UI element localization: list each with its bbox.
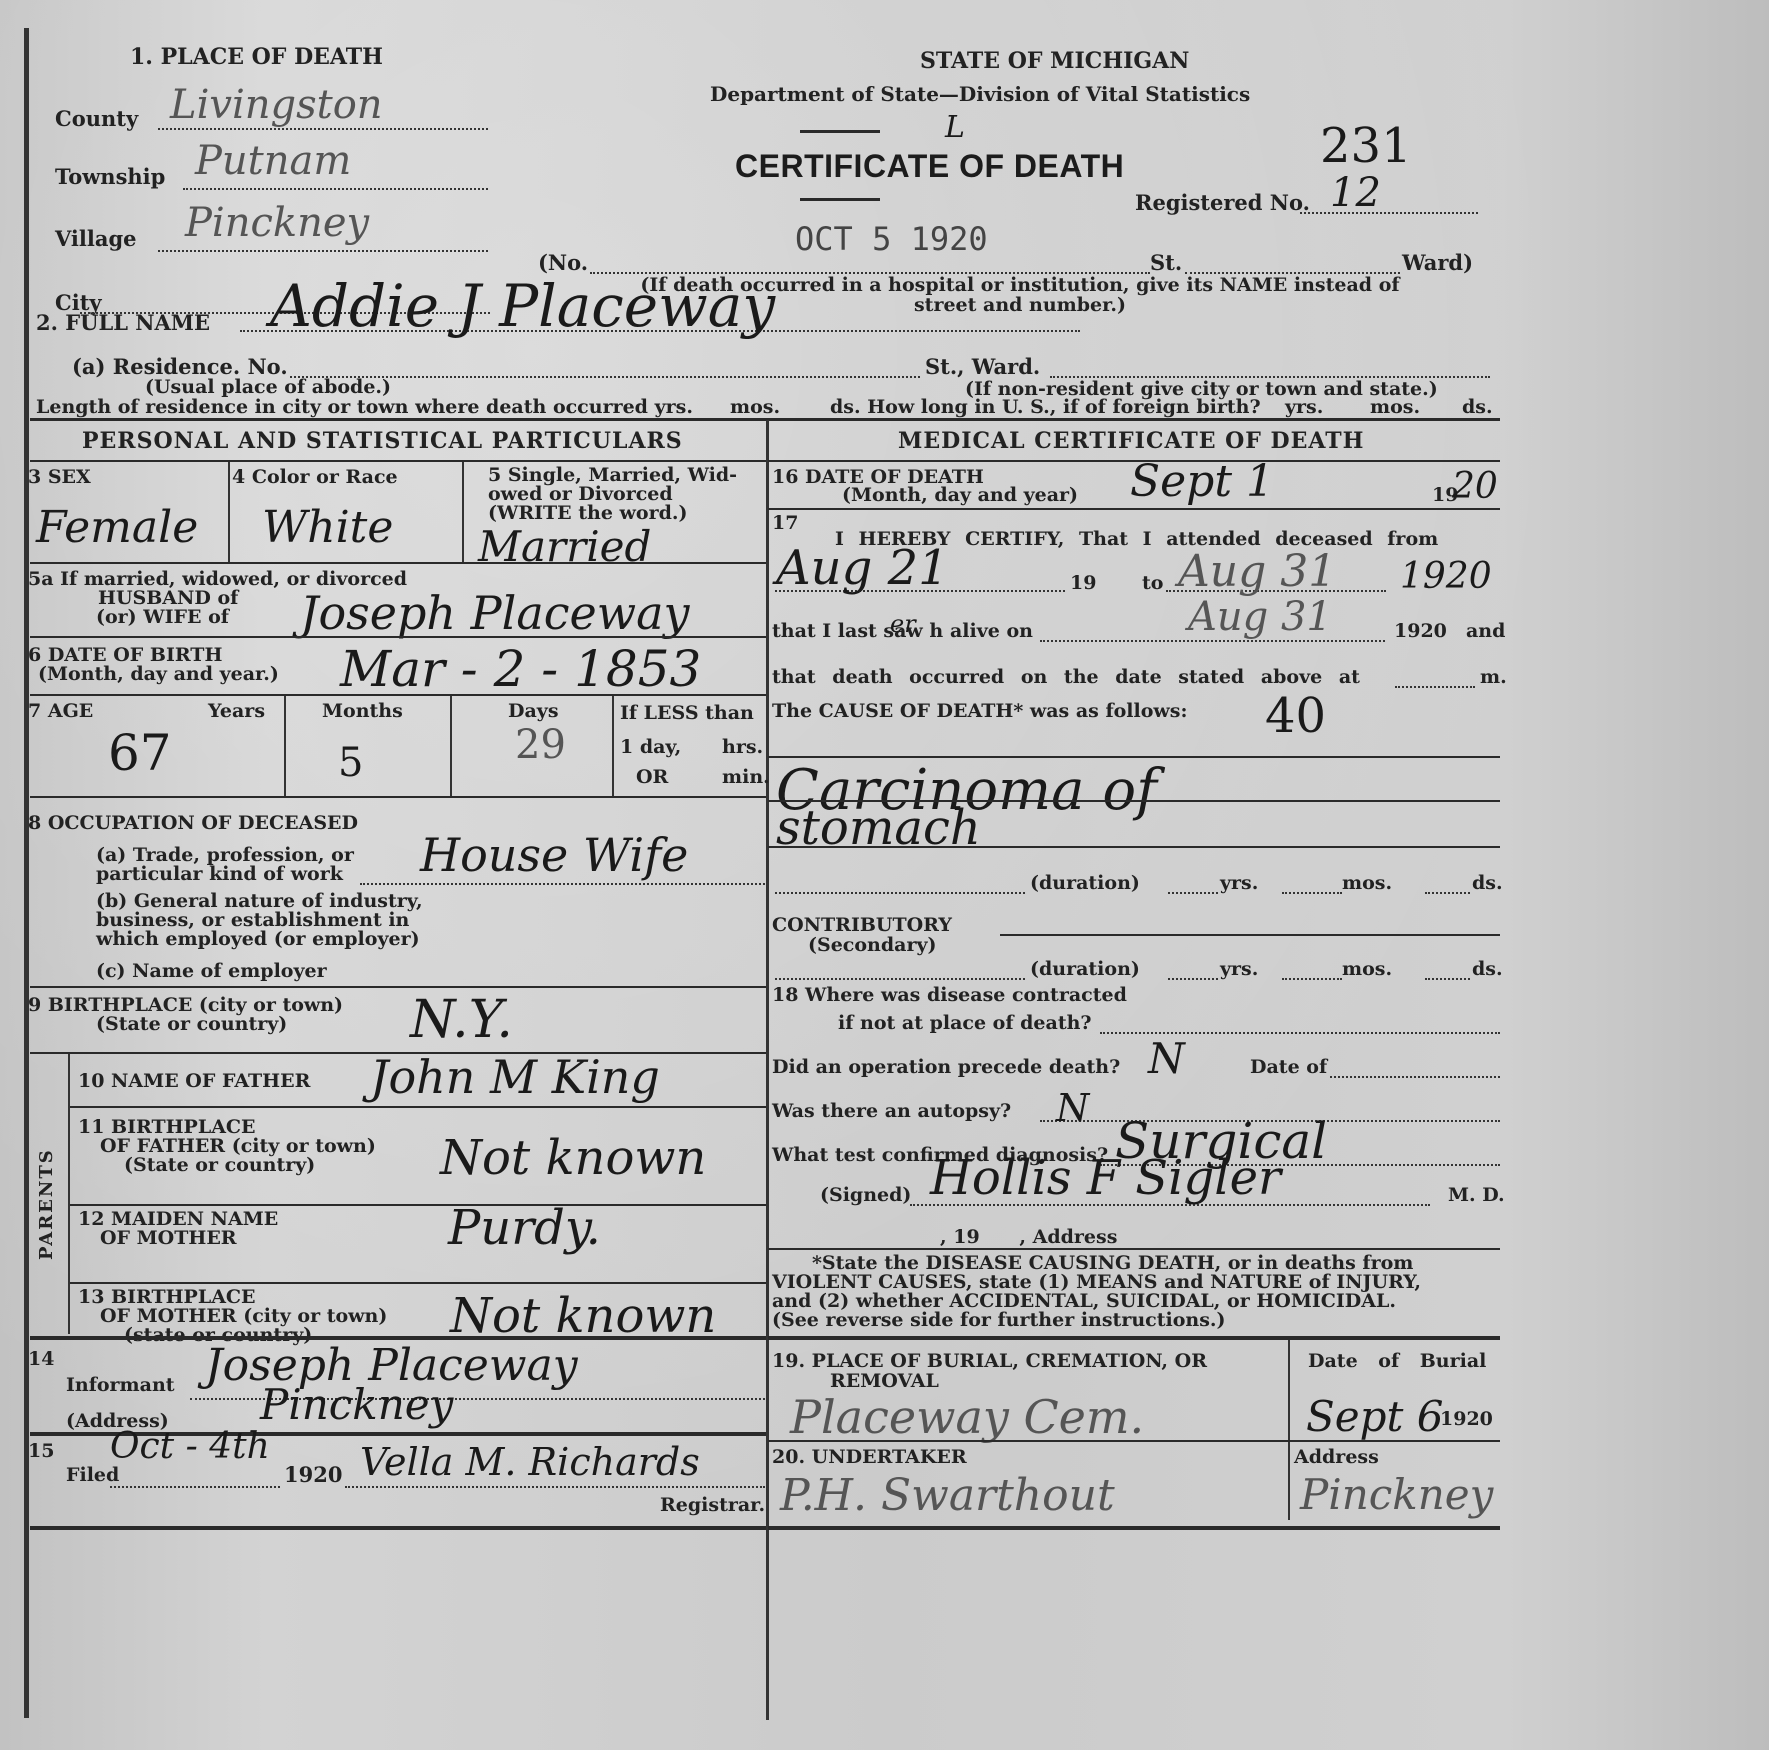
registered-no-line [1300,212,1478,214]
st-ward-label: St., Ward. [925,354,1040,379]
marital-label: 5 Single, Married, Wid- owed or Divorced… [488,466,737,523]
filed-date-line [110,1486,280,1488]
autopsy-value: N [1056,1086,1089,1130]
undertaker-address-label: Address [1294,1446,1379,1468]
race-value: White [262,502,393,553]
occupation-label: 8 OCCUPATION OF DECEASED [28,812,358,834]
row-divider [768,1440,1500,1442]
parents-divider [68,1054,70,1334]
item18-label: 18 Where was disease contracted [772,984,1127,1006]
date-of-line [1330,1076,1500,1078]
father-birthplace-label: 11 BIRTHPLACE OF FATHER (city or town) (… [78,1118,376,1175]
death-time-label: that death occurred on the date stated a… [772,666,1360,688]
row-divider [70,1106,766,1108]
burial-date-label: Date of Burial [1308,1350,1486,1372]
full-name-value: Addie J Placeway [270,272,775,340]
date-address-label: , 19 , Address [940,1226,1117,1248]
occupation-line [360,883,765,885]
death-time-line [1395,686,1475,688]
street-label: St. [1150,250,1182,275]
signed-label: (Signed) [820,1184,911,1206]
undertaker-address-value: Pinckney [1300,1470,1493,1519]
age-months-value: 5 [338,740,363,786]
duration2-mos-line [1282,978,1342,980]
alive-on-label: alive on [950,620,1033,642]
filed-number: 15 [28,1440,54,1462]
mother-maiden-label: 12 MAIDEN NAME OF MOTHER [78,1210,278,1248]
center-divider [766,420,769,1720]
registered-no-value: 12 [1330,170,1381,216]
col-divider [228,462,230,562]
burial-col-divider [1288,1340,1290,1520]
personal-section-title: PERSONAL AND STATISTICAL PARTICULARS [82,428,683,454]
footnote-line4: (See reverse side for further instructio… [772,1311,1500,1330]
date-of-death-value: Sept 1 [1130,456,1274,507]
us-mos-label: mos. [1370,396,1420,418]
cause-of-death-label: The CAUSE OF DEATH* was as follows: [772,700,1188,722]
medical-section-title: MEDICAL CERTIFICATE OF DEATH [898,428,1364,454]
dob-value: Mar - 2 - 1853 [340,640,701,698]
occupation-a-label: (a) Trade, profession, or particular kin… [96,846,354,884]
burial-removal-label: REMOVAL [830,1370,939,1392]
duration-ds-line [1425,892,1470,894]
place-of-death-heading: 1. PLACE OF DEATH [130,44,383,70]
state-title: STATE OF MICHIGAN [920,48,1189,74]
age-months-label: Months [322,700,403,722]
burial-year: 1920 [1440,1408,1493,1430]
row-divider [30,562,766,564]
spouse-value: Joseph Placeway [300,586,690,640]
mother-label-line2: OF MOTHER [78,1229,278,1248]
usual-abode-note: (Usual place of abode.) [145,376,391,398]
row-divider [30,986,766,988]
age-days-label: Days [508,700,559,722]
length-of-residence-label: Length of residence in city or town wher… [36,396,693,418]
occupation-a-line2: particular kind of work [96,865,354,884]
registrar-line [345,1486,765,1488]
father-value: John M King [370,1050,660,1104]
col-divider [612,696,614,796]
attended-from-value: Aug 21 [776,540,949,596]
birthplace-label: 9 BIRTHPLACE (city or town) (State or co… [28,996,343,1034]
last-saw-value: Aug 31 [1188,594,1332,640]
informant-label: Informant [66,1374,175,1396]
certificate-title: CERTIFICATE OF DEATH [735,148,1124,185]
attended-from-year-prefix: 19 [1070,572,1096,594]
operation-value: N [1148,1034,1185,1083]
autopsy-label: Was there an autopsy? [772,1100,1011,1122]
date-of-death-year: 20 [1452,466,1498,507]
age-years-label: Years [208,700,265,722]
sex-value: Female [36,502,198,553]
row-divider [70,1282,766,1284]
col-divider [450,696,452,796]
duration-yrs-label: yrs. [1220,872,1258,894]
department-title: Department of State—Division of Vital St… [710,82,1250,106]
title-rule-bottom [800,198,880,201]
duration2-ds-label: ds. [1472,958,1503,980]
father-bp-line3: (State or country) [78,1156,376,1175]
bottom-rule [768,1526,1500,1530]
undertaker-label: 20. UNDERTAKER [772,1446,967,1468]
md-label: M. D. [1448,1184,1505,1206]
burial-place-value: Placeway Cem. [790,1390,1144,1444]
village-label: Village [55,226,137,251]
date-of-label: Date of [1250,1056,1327,1078]
full-name-label: 2. FULL NAME [36,310,210,335]
last-saw-line [1040,640,1385,642]
parents-side-label: PARENTS [36,1148,57,1260]
birthplace-value: N.Y. [410,990,513,1050]
race-label: 4 Color or Race [232,466,398,488]
not-at-place-label: if not at place of death? [838,1012,1092,1034]
row-divider [30,460,766,462]
undertaker-value: P.H. Swarthout [780,1470,1115,1521]
occupation-value: House Wife [420,828,688,882]
contributory-label: CONTRIBUTORY [772,914,952,936]
attended-to-value: Aug 31 [1178,546,1336,597]
physician-signature: Hollis F Sigler [930,1150,1281,1206]
duration-line [775,892,1025,894]
duration2-label: (duration) [1030,958,1140,980]
col-divider [462,462,464,562]
employer-label: (c) Name of employer [96,960,327,982]
registrar-label: Registrar. [660,1494,765,1516]
left-border [24,28,29,1718]
file-number: 231 [1320,118,1412,174]
burial-date-value: Sept 6 [1306,1392,1443,1441]
m-label: m. [1480,666,1507,688]
last-saw-year: 1920 [1394,620,1447,642]
village-value: Pinckney [185,200,369,246]
row-divider-thick [768,1336,1500,1340]
row-divider [30,694,766,696]
row-divider [768,508,1500,510]
row-divider [70,1204,766,1206]
us-residence-label: ds. How long in U. S., if of foreign bir… [830,396,1261,418]
marital-label-line3: (WRITE the word.) [488,504,737,523]
filed-year: 1920 [284,1462,342,1487]
father-label: 10 NAME OF FATHER [78,1070,310,1092]
us-ds-label: ds. [1462,396,1493,418]
duration-label: (duration) [1030,872,1140,894]
check-mark: L [945,110,965,145]
informant-number: 14 [28,1348,54,1370]
contributory-line [1000,934,1500,936]
burial-place-label: 19. PLACE OF BURIAL, CREMATION, OR [772,1350,1207,1372]
less-than-label: If LESS than [620,702,754,724]
duration-ds-label: ds. [1472,872,1503,894]
age-days-value: 29 [515,722,566,768]
and-label: and [1466,620,1505,642]
filed-date: Oct - 4th [110,1426,270,1467]
operation-label: Did an operation precede death? [772,1056,1120,1078]
township-label: Township [55,164,165,189]
duration-mos-line [1282,892,1342,894]
county-label: County [55,106,138,131]
informant-address: Pinckney [260,1380,453,1429]
header-divider [30,418,1500,421]
mother-maiden-value: Purdy. [448,1200,601,1256]
age-label: 7 AGE [28,700,93,722]
cause-note: 40 [1265,688,1326,744]
hrs-label: hrs. [722,736,763,758]
dob-label: 6 DATE OF BIRTH (Month, day and year.) [28,646,279,684]
duration2-ds-line [1425,978,1470,980]
registrar-signature: Vella M. Richards [360,1440,700,1484]
row-divider [30,796,766,798]
cause-line-3 [768,846,1500,848]
occupation-b-line3: which employed (or employer) [96,930,423,949]
duration-yrs-line [1168,892,1218,894]
us-yrs-label: yrs. [1285,396,1323,418]
ward-label: Ward) [1402,250,1473,275]
dob-label-line2: (Month, day and year.) [28,665,279,684]
duration2-yrs-line [1168,978,1218,980]
birthplace-label-line2: (State or country) [28,1015,343,1034]
last-saw-label: that I last saw h [772,620,943,642]
row-divider [768,1248,1500,1250]
death-certificate: 1. PLACE OF DEATH County Livingston Town… [0,0,1769,1750]
length-mos-label: mos. [730,396,780,418]
county-line [158,128,488,130]
or-label: OR [636,766,668,788]
col-divider [284,696,286,796]
sex-label: 3 SEX [28,466,91,488]
county-value: Livingston [170,82,383,128]
received-stamp: OCT 5 1920 [795,220,988,258]
father-birthplace-value: Not known [440,1130,706,1186]
date-of-death-sublabel: (Month, day and year) [842,484,1078,506]
last-saw-pronoun: er [890,610,916,638]
township-value: Putnam [195,138,351,184]
age-years-value: 67 [108,724,172,782]
item-17: 17 [772,512,798,534]
min-label: min. [722,766,770,788]
row-divider [30,636,766,638]
to-label: to [1142,572,1163,594]
duration2-line [775,978,1025,980]
footnote: *State the DISEASE CAUSING DEATH, or in … [772,1254,1500,1330]
attended-to-year: 1920 [1400,556,1492,597]
title-rule-top [800,130,880,133]
bottom-rule [30,1526,766,1530]
village-line [158,250,488,252]
secondary-label: (Secondary) [808,934,937,956]
duration2-yrs-label: yrs. [1220,958,1258,980]
filed-label: Filed [66,1464,119,1486]
one-day-label: 1 day, [620,736,681,758]
registered-no-label: Registered No. [1135,190,1310,215]
occupation-b-label: (b) General nature of industry, business… [96,892,423,949]
duration2-mos-label: mos. [1342,958,1392,980]
township-line [183,188,488,190]
duration-mos-label: mos. [1342,872,1392,894]
